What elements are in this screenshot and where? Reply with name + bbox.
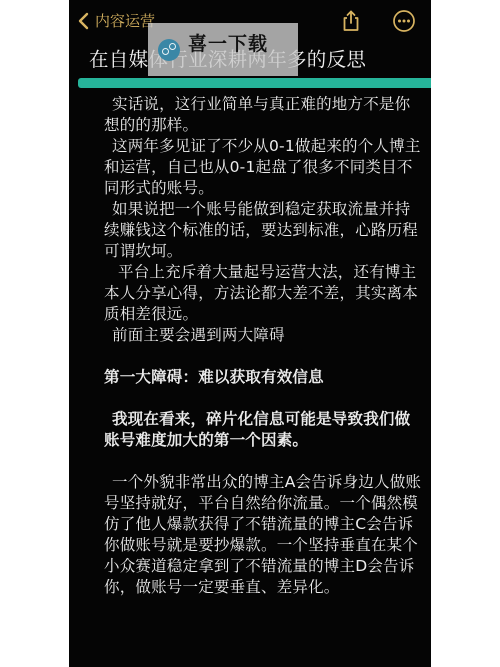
phone-screen: 内容运营 在自媒体行业深耕两年多的反思 喜一下载 实话说，这行业简单与真正难的地… — [69, 0, 431, 667]
watermark-text: 喜一下载 — [188, 29, 268, 56]
paragraph: 一个外貌非常出众的博主A会告诉身边人做账号坚持就好，平台自然给你流量。一个偶然模… — [104, 472, 424, 598]
paragraph: 实话说，这行业简单与真正难的地方不是你想的的那样。 — [104, 94, 424, 136]
watermark-logo-icon — [158, 39, 180, 61]
watermark-overlay: 喜一下载 — [148, 23, 298, 76]
paragraph: 这两年多见证了不少从0-1做起来的个人博主和运营，自己也从0-1起盘了很多不同类… — [104, 136, 424, 199]
paragraph: 如果说把一个账号能做到稳定获取流量并持续赚钱这个标准的话，要达到标准，心路历程可… — [104, 199, 424, 262]
more-icon[interactable] — [392, 9, 416, 33]
paragraph: 平台上充斥着大量起号运营大法，还有博主本人分享心得，方法论都大差不差，其实离本质… — [104, 262, 424, 325]
chevron-left-icon — [77, 12, 89, 30]
share-icon[interactable] — [339, 9, 363, 33]
section-heading: 第一大障碍：难以获取有效信息 — [104, 367, 424, 388]
paragraph: 前面主要会遇到两大障碍 — [104, 325, 424, 346]
article-body: 实话说，这行业简单与真正难的地方不是你想的的那样。 这两年多见证了不少从0-1做… — [104, 94, 424, 598]
highlight-bar — [78, 78, 431, 88]
bold-paragraph: 我现在看来，碎片化信息可能是导致我们做账号难度加大的第一个因素。 — [104, 409, 424, 451]
back-button[interactable]: 内容运营 — [77, 10, 155, 31]
back-label: 内容运营 — [95, 10, 155, 31]
